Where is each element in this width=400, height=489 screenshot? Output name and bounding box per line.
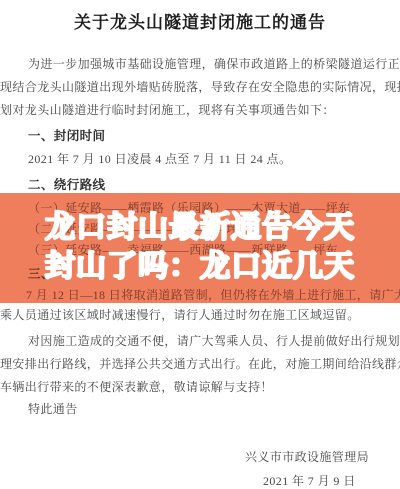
overlay-headline-line-1: 龙口封山最新通告今天 — [0, 209, 400, 247]
intro-paragraph-line: 划对龙头山隧道进行临时封闭施工，现将有关事项通告如下： — [0, 101, 335, 118]
issuer-name: 兴义市市政设施管理局 — [245, 448, 369, 465]
notice-document: 关于龙头山隧道封闭施工的通告 为进一步加强城市基础设施管理，确保市政道路上的桥梁… — [0, 0, 400, 489]
control-paragraph-line: 7 月 12 日—18 日将取消道路管制，但仍将在外墙上进行施工，请广大驾 — [26, 286, 400, 303]
intro-paragraph-line: 现结合龙头山隧道出现外墙贴砖脱落，导致存在安全隐患的实际情况，现拟计 — [0, 78, 400, 95]
apology-paragraph-line: 理安排出行路线，并选择公共交通方式出行。在此，对施工期间给沿线群众和 — [0, 355, 400, 372]
apology-paragraph-line: 对因施工造成的交通不便，请广大驾乘人员、行人提前做好出行规划，合 — [28, 332, 400, 349]
section-heading-detour-routes: 二、绕行路线 — [28, 175, 105, 193]
closure-time-text: 2021 年 7 月 10 日凌晨 4 点至 7 月 11 日 24 点。 — [28, 150, 291, 167]
closing-statement: 特此通告 — [28, 400, 78, 417]
control-paragraph-line: 乘人员通过该区域时减速慢行，请行人通过时勿在施工区域逗留。 — [0, 306, 360, 323]
apology-paragraph-line: 车辆出行带来的不便深表歉意，敬请谅解与支持！ — [0, 378, 273, 395]
intro-paragraph-line: 为进一步加强城市基础设施管理，确保市政道路上的桥梁隧道运行正常， — [28, 55, 400, 72]
section-heading-closure-time: 一、封闭时间 — [28, 126, 105, 144]
issue-date: 2021 年 7 月 9 日 — [263, 472, 356, 489]
overlay-headline-line-2: 封山了吗：龙口近几天 — [0, 248, 400, 286]
notice-title: 关于龙头山隧道封闭施工的通告 — [0, 8, 400, 33]
